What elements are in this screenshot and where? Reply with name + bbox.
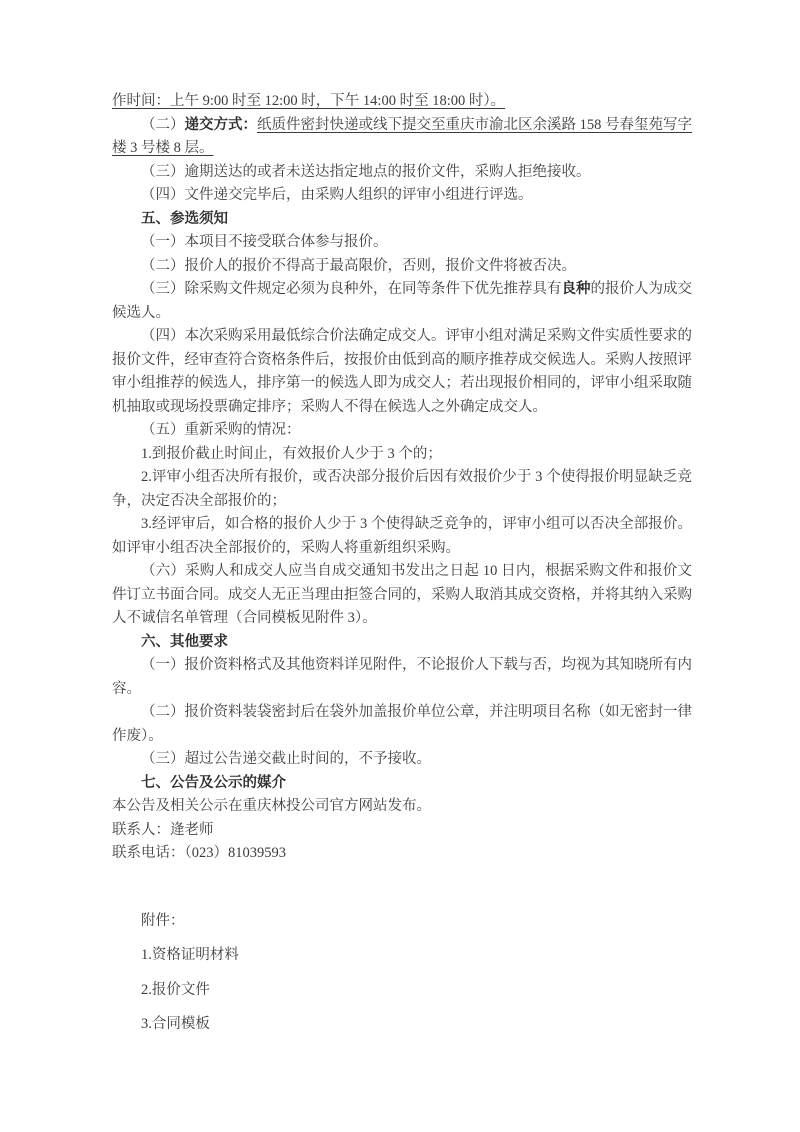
item-6-2: （二）报价资料装袋密封后在袋外加盖报价单位公章，并注明项目名称（如无密封一律作废… bbox=[112, 701, 692, 748]
text-run: 良种 bbox=[562, 281, 591, 297]
contact-name-line: 联系人：逄老师 bbox=[112, 819, 692, 843]
text-run: （二） bbox=[141, 117, 185, 133]
contact-phone-line: 联系电话：（023）81039593 bbox=[112, 842, 692, 866]
text-run: （六）采购人和成交人应当自成交通知书发出之日起 10 日内，根据采购文件和报价文… bbox=[112, 563, 692, 626]
text-run: （二）报价人的报价不得高于最高限价，否则，报价文件将被否决。 bbox=[141, 258, 576, 274]
text-run: 六、其他要求 bbox=[141, 634, 228, 650]
item-5-4: （四）本次采购采用最低综合价法确定成交人。评审小组对满足采购文件实质性要求的报价… bbox=[112, 325, 692, 419]
text-run: （四）文件递交完毕后，由采购人组织的评审小组进行评选。 bbox=[141, 187, 533, 203]
attachment-title: 附件： bbox=[112, 910, 692, 934]
item-6-3: （三）超过公告递交截止时间的，不予接收。 bbox=[112, 748, 692, 772]
text-run: 本公告及相关公示在重庆林投公司官方网站发布。 bbox=[112, 798, 431, 814]
item-5-5-3: 3.经评审后，如合格的报价人少于 3 个使得缺乏竞争的，评审小组可以否决全部报价… bbox=[112, 513, 692, 560]
text-run: （三）超过公告递交截止时间的，不予接收。 bbox=[141, 751, 431, 767]
attachment-item-3: 3.合同模板 bbox=[112, 1013, 692, 1037]
item-5-3: （三）除采购文件规定必须为良种外，在同等条件下优先推荐具有良种的报价人为成交候选… bbox=[112, 278, 692, 325]
document-body: 作时间：上午 9:00 时至 12:00 时，下午 14:00 时至 18:00… bbox=[112, 90, 692, 1037]
text-run: （五）重新采购的情况： bbox=[141, 422, 301, 438]
text-run: 附件： bbox=[141, 913, 185, 929]
item-5-5-1: 1.到报价截止时间止，有效报价人少于 3 个的； bbox=[112, 443, 692, 467]
item-5-6: （六）采购人和成交人应当自成交通知书发出之日起 10 日内，根据采购文件和报价文… bbox=[112, 560, 692, 631]
text-run: （一）报价资料格式及其他资料详见附件，不论报价人下载与否，均视为其知晓所有内容。 bbox=[112, 657, 692, 697]
attachment-item-1: 1.资格证明材料 bbox=[112, 944, 692, 968]
item-evaluation-after-submission: （四）文件递交完毕后，由采购人组织的评审小组进行评选。 bbox=[112, 184, 692, 208]
attachment-item-2: 2.报价文件 bbox=[112, 979, 692, 1003]
text-run: （三）逾期送达的或者未送达指定地点的报价文件，采购人拒绝接收。 bbox=[141, 164, 591, 180]
item-5-5: （五）重新采购的情况： bbox=[112, 419, 692, 443]
text-run: 作时间：上午 9:00 时至 12:00 时，下午 14:00 时至 18:00… bbox=[112, 93, 505, 109]
text-run: （三）除采购文件规定必须为良种外，在同等条件下优先推荐具有 bbox=[141, 281, 562, 297]
text-run: （二）报价资料装袋密封后在袋外加盖报价单位公章，并注明项目名称（如无密封一律作废… bbox=[112, 704, 692, 744]
section-heading-7: 七、公告及公示的媒介 bbox=[112, 772, 692, 796]
text-run: 2.报价文件 bbox=[141, 982, 210, 998]
text-run: 1.资格证明材料 bbox=[141, 947, 239, 963]
publication-media-line: 本公告及相关公示在重庆林投公司官方网站发布。 bbox=[112, 795, 692, 819]
item-5-2: （二）报价人的报价不得高于最高限价，否则，报价文件将被否决。 bbox=[112, 255, 692, 279]
item-late-delivery: （三）逾期送达的或者未送达指定地点的报价文件，采购人拒绝接收。 bbox=[112, 161, 692, 185]
text-run: （一）本项目不接受联合体参与报价。 bbox=[141, 234, 388, 250]
section-heading-5: 五、参选须知 bbox=[112, 208, 692, 232]
text-run: 联系电话：（023）81039593 bbox=[112, 845, 286, 861]
continuation-line-working-hours: 作时间：上午 9:00 时至 12:00 时，下午 14:00 时至 18:00… bbox=[112, 90, 692, 114]
text-run: 2.评审小组否决所有报价，或否决部分报价后因有效报价少于 3 个使得报价明显缺乏… bbox=[112, 469, 692, 509]
text-run: （四）本次采购采用最低综合价法确定成交人。评审小组对满足采购文件实质性要求的报价… bbox=[112, 328, 692, 415]
text-run: 1.到报价截止时间止，有效报价人少于 3 个的； bbox=[141, 446, 442, 462]
text-run: 七、公告及公示的媒介 bbox=[141, 775, 286, 791]
text-run: 五、参选须知 bbox=[141, 211, 228, 227]
text-run: 3.经评审后，如合格的报价人少于 3 个使得缺乏竞争的，评审小组可以否决全部报价… bbox=[112, 516, 692, 556]
item-5-1: （一）本项目不接受联合体参与报价。 bbox=[112, 231, 692, 255]
section-heading-6: 六、其他要求 bbox=[112, 631, 692, 655]
item-6-1: （一）报价资料格式及其他资料详见附件，不论报价人下载与否，均视为其知晓所有内容。 bbox=[112, 654, 692, 701]
item-5-5-2: 2.评审小组否决所有报价，或否决部分报价后因有效报价少于 3 个使得报价明显缺乏… bbox=[112, 466, 692, 513]
item-submission-method: （二）递交方式：纸质件密封快递或线下提交至重庆市渝北区余溪路 158 号春玺苑写… bbox=[112, 114, 692, 161]
text-run: 递交方式： bbox=[185, 117, 258, 133]
text-run: 3.合同模板 bbox=[141, 1016, 210, 1032]
text-run: 联系人：逄老师 bbox=[112, 822, 214, 838]
